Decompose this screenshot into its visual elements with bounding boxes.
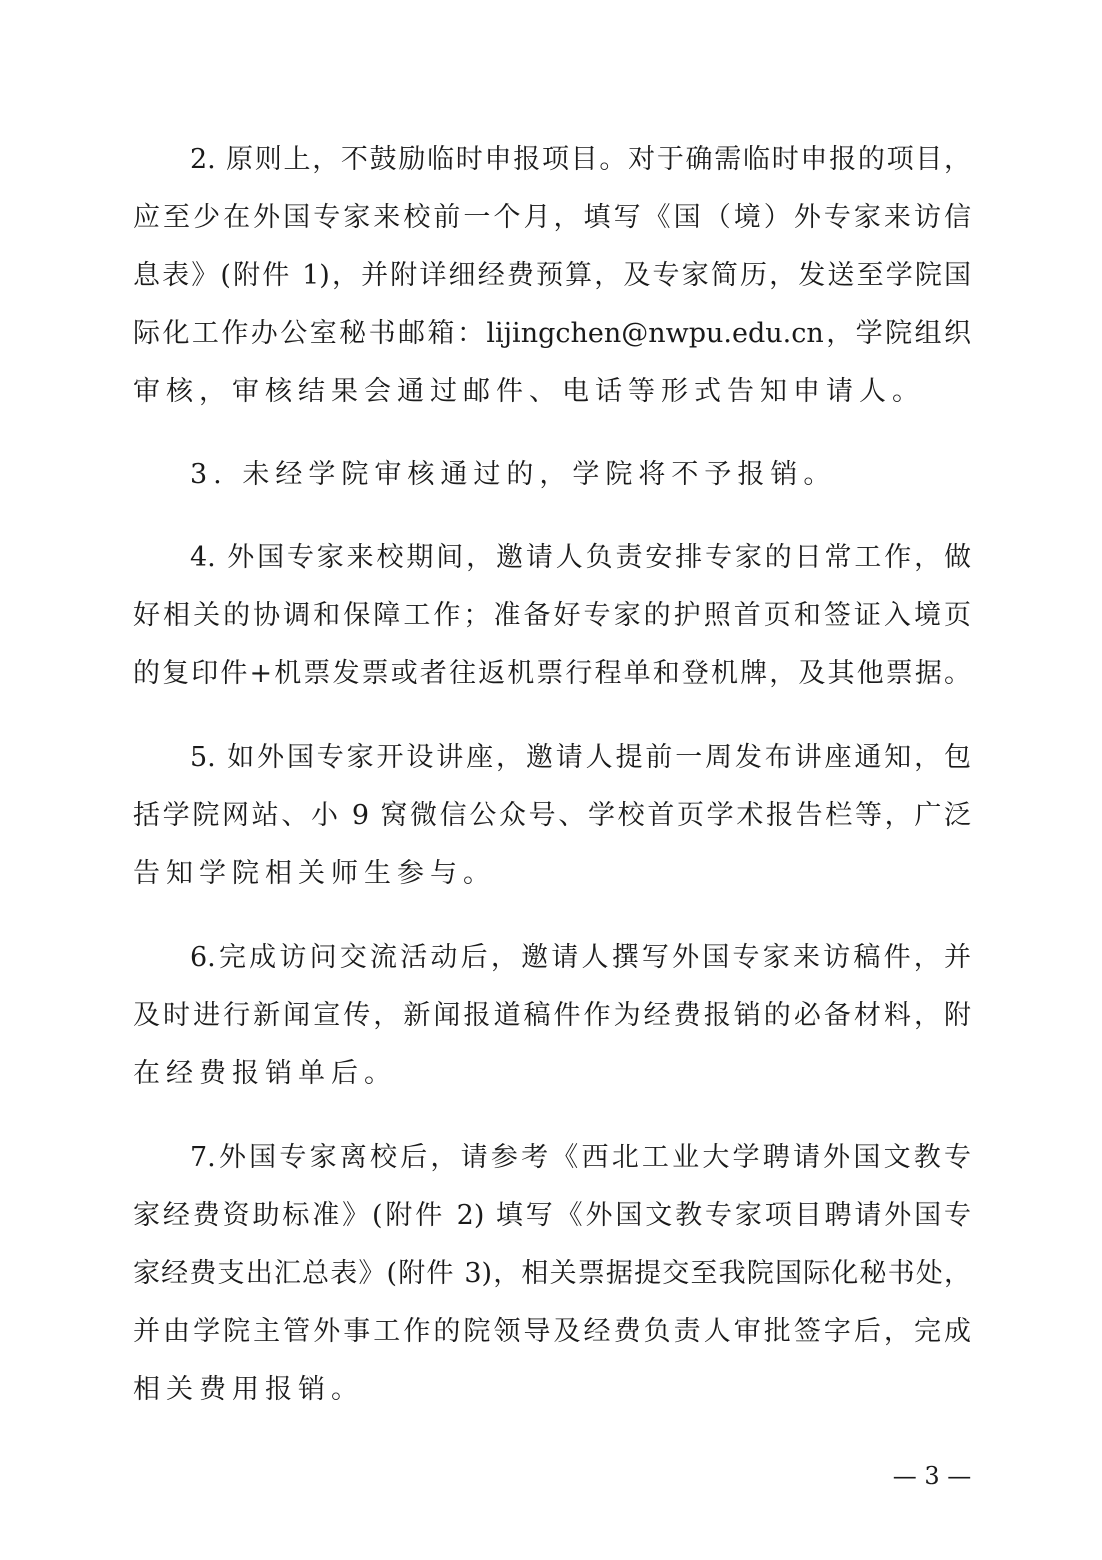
paragraph-line: 6.完成访问交流活动后，邀请人撰写外国专家来访稿件，并	[190, 938, 971, 978]
paragraph-line: 并由学院主管外事工作的院领导及经费负责人审批签字后，完成	[133, 1312, 971, 1352]
paragraph-line: 5. 如外国专家开设讲座，邀请人提前一周发布讲座通知，包	[190, 738, 971, 778]
paragraph-line: 在经费报销单后。	[133, 1054, 971, 1094]
paragraph-line: 7.外国专家离校后，请参考《西北工业大学聘请外国文教专	[190, 1138, 971, 1178]
paragraph-line: 应至少在外国专家来校前一个月，填写《国（境）外专家来访信	[133, 198, 971, 238]
paragraph-line: 好相关的协调和保障工作；准备好专家的护照首页和签证入境页	[133, 596, 971, 636]
document-page: 2. 原则上，不鼓励临时申报项目。对于确需临时申报的项目， 应至少在外国专家来校…	[0, 0, 1102, 1560]
paragraph-line: 及时进行新闻宣传，新闻报道稿件作为经费报销的必备材料，附	[133, 996, 971, 1036]
paragraph-line: 审核，审核结果会通过邮件、电话等形式告知申请人。	[133, 372, 971, 412]
paragraph-line: 息表》(附件 1)，并附详细经费预算，及专家简历，发送至学院国	[133, 256, 971, 296]
page-number: — 3 —	[890, 1458, 974, 1494]
paragraph-line: 3. 未经学院审核通过的，学院将不予报销。	[190, 455, 971, 495]
paragraph-line: 家经费支出汇总表》(附件 3)，相关票据提交至我院国际化秘书处，	[133, 1254, 971, 1294]
paragraph-line: 告知学院相关师生参与。	[133, 854, 971, 894]
paragraph-line: 家经费资助标准》(附件 2) 填写《外国文教专家项目聘请外国专	[133, 1196, 971, 1236]
paragraph-line: 2. 原则上，不鼓励临时申报项目。对于确需临时申报的项目，	[190, 140, 971, 180]
paragraph-line-with-email: 际化工作办公室秘书邮箱：lijingchen@nwpu.edu.cn，学院组织	[133, 314, 971, 354]
paragraph-line: 括学院网站、小 9 窝微信公众号、学校首页学术报告栏等，广泛	[133, 796, 971, 836]
paragraph-line: 的复印件+机票发票或者往返机票行程单和登机牌，及其他票据。	[133, 654, 971, 694]
paragraph-line: 相关费用报销。	[133, 1370, 971, 1410]
paragraph-line: 4. 外国专家来校期间，邀请人负责安排专家的日常工作，做	[190, 538, 971, 578]
